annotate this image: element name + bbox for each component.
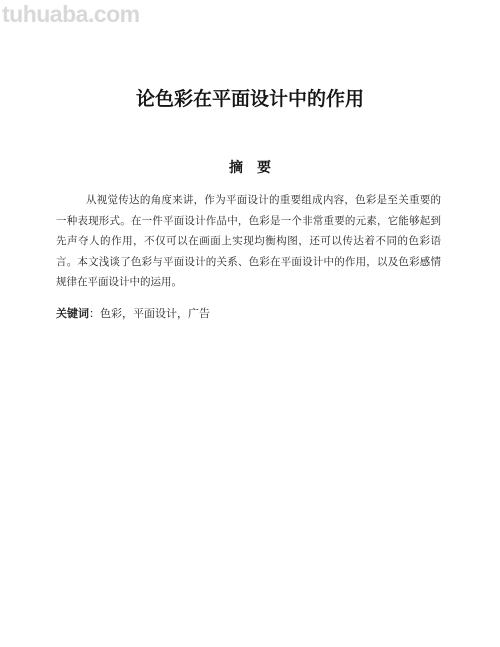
keywords-value: 色彩，平面设计，广告: [100, 308, 210, 320]
document-page: tuhuaba.com 论色彩在平面设计中的作用 摘 要 从视觉传达的角度来讲，…: [0, 0, 500, 647]
keywords-label: 关键词: [56, 308, 89, 320]
abstract-heading: 摘 要: [0, 158, 500, 179]
keywords-colon: ：: [89, 308, 100, 320]
page-title: 论色彩在平面设计中的作用: [0, 87, 500, 113]
watermark-text: tuhuaba.com: [2, 1, 140, 28]
abstract-paragraph: 从视觉传达的角度来讲，作为平面设计的重要组成内容，色彩是至关重要的一种表现形式。…: [56, 191, 441, 294]
keywords-line: 关键词：色彩，平面设计，广告: [56, 304, 441, 324]
